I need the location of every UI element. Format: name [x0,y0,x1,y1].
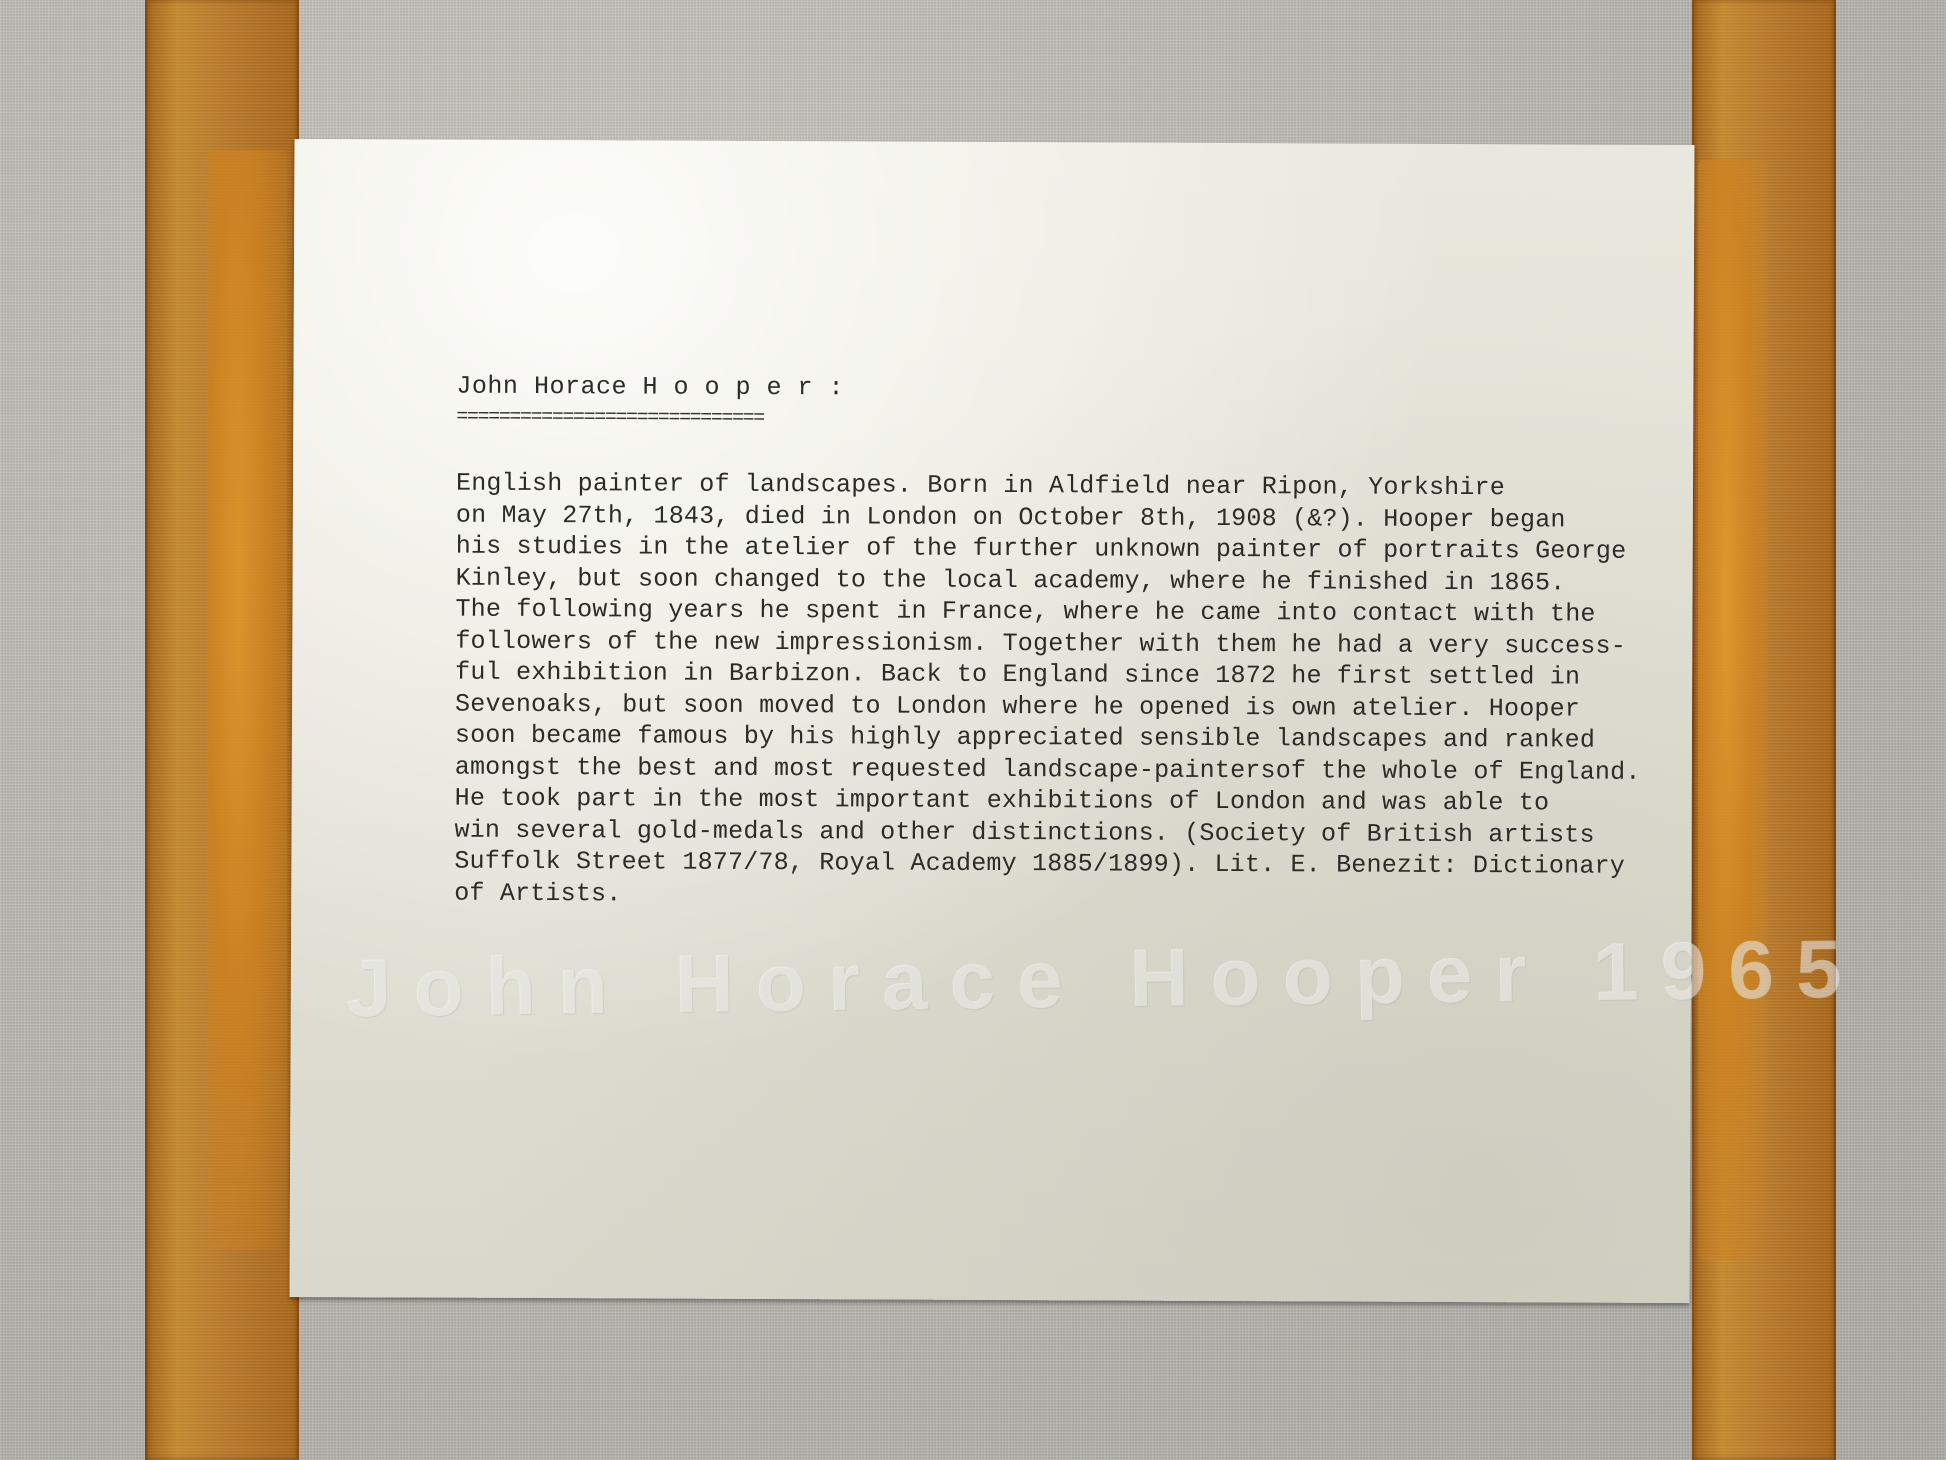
document-title: John Horace H o o p e r : [456,372,1642,407]
body-line: of Artists. [454,877,1640,914]
body-line: his studies in the atelier of the furthe… [456,531,1642,568]
document-body: English painter of landscapes. Born in A… [454,468,1642,914]
body-line: English painter of landscapes. Born in A… [456,468,1642,505]
masking-tape-right [1692,0,1836,1460]
title-underline: ============================= [456,408,1642,433]
typed-label-paper: John Horace Hooper 1965 John Horace H o … [289,139,1694,1303]
body-line: He took part in the most important exhib… [455,783,1641,820]
tape-stain [207,150,287,1250]
body-line: Suffolk Street 1877/78, Royal Academy 18… [454,846,1640,883]
body-line: followers of the new impressionism. Toge… [455,625,1641,662]
body-line: Sevenoaks, but soon moved to London wher… [455,688,1641,725]
masking-tape-left [145,0,299,1460]
tape-stain [1698,160,1768,1260]
body-line: on May 27th, 1843, died in London on Oct… [456,499,1642,536]
body-line: soon became famous by his highly appreci… [455,720,1641,757]
typed-biography: John Horace H o o p e r : ==============… [454,372,1642,914]
body-line: Kinley, but soon changed to the local ac… [456,562,1642,599]
body-line: win several gold-medals and other distin… [454,814,1640,851]
body-line: amongst the best and most requested land… [455,751,1641,788]
body-line: ful exhibition in Barbizon. Back to Engl… [455,657,1641,694]
body-line: The following years he spent in France, … [455,594,1641,631]
embossed-watermark: John Horace Hooper 1965 [345,923,1864,1037]
